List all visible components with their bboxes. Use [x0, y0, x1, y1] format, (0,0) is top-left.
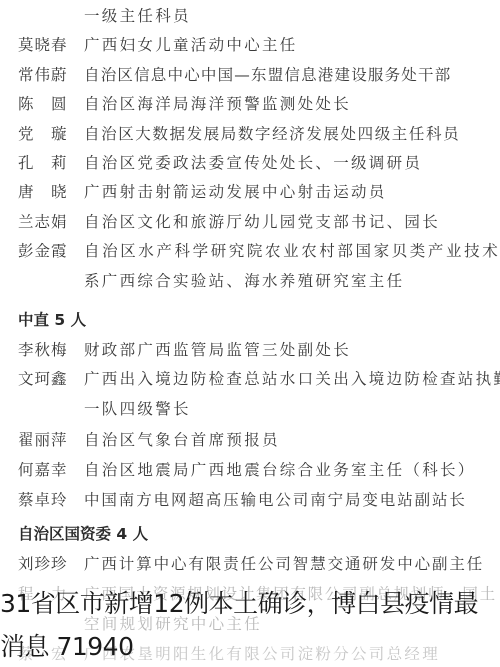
person-name: 陈 圆: [18, 92, 78, 116]
person-name: 彭金霞: [18, 239, 78, 263]
headline-line-2: 消息 71940: [0, 625, 500, 667]
person-name: 唐 晓: [18, 180, 78, 204]
headline-overlay: 31省区市新增12例本土确诊，博白县疫情最 消息 71940: [0, 582, 500, 667]
list-item: 兰志娟 自治区文化和旅游厅幼儿园党支部书记、园长: [0, 210, 500, 234]
person-position: 广西计算中心有限责任公司智慧交通研发中心副主任: [84, 552, 484, 576]
list-item: 何嘉幸 自治区地震局广西地震台综合业务室主任（科长）: [0, 458, 500, 482]
person-position: 自治区大数据发展局数字经济发展处四级主任科员: [84, 122, 460, 146]
list-item: 陈 圆 自治区海洋局海洋预警监测处处长: [0, 92, 500, 116]
person-name: 莫晓春: [18, 33, 78, 57]
list-item: 唐 晓 广西射击射箭运动发展中心射击运动员: [0, 180, 500, 204]
headline-line-1: 31省区市新增12例本土确诊，博白县疫情最: [0, 582, 500, 625]
person-name: 常伟蔚: [18, 63, 78, 87]
list-item-continuation: 系广西综合实验站、海水养殖研究室主任: [0, 269, 500, 293]
person-position: 自治区信息中心中国—东盟信息港建设服务处干部: [84, 63, 451, 87]
list-item: 文珂鑫 广西出入境边防检查总站水口关出入境边防检查站执勤: [0, 367, 500, 391]
section-heading-sasac: 自治区国资委 4 人: [18, 522, 148, 546]
list-item-continuation: 一队四级警长: [0, 397, 500, 421]
section-heading-central: 中直 5 人: [18, 308, 86, 332]
list-item: 莫晓春 广西妇女儿童活动中心主任: [0, 33, 500, 57]
person-position: 自治区气象台首席预报员: [84, 428, 280, 452]
list-item: 常伟蔚 自治区信息中心中国—东盟信息港建设服务处干部: [0, 63, 500, 87]
person-position: 自治区海洋局海洋预警监测处处长: [84, 92, 351, 116]
person-name: 蔡卓玲: [18, 488, 78, 512]
person-name: 孔 莉: [18, 151, 78, 175]
person-name: 翟丽萍: [18, 428, 78, 452]
person-position: 自治区地震局广西地震台综合业务室主任（科长）: [84, 458, 476, 482]
list-item: 李秋梅 财政部广西监管局监管三处副处长: [0, 338, 500, 362]
person-name: 兰志娟: [18, 210, 78, 234]
person-name: 文珂鑫: [18, 367, 78, 391]
continuation-line: 一级主任科员: [0, 4, 500, 28]
list-item: 孔 莉 自治区党委政法委宣传处处长、一级调研员: [0, 151, 500, 175]
person-position: 财政部广西监管局监管三处副处长: [84, 338, 351, 362]
person-name: 何嘉幸: [18, 458, 78, 482]
person-name: 刘珍珍: [18, 552, 78, 576]
person-position: 中国南方电网超高压输电公司南宁局变电站副站长: [84, 488, 467, 512]
person-position: 自治区水产科学研究院农业农村部国家贝类产业技术体: [84, 239, 500, 263]
person-name: 党 璇: [18, 122, 78, 146]
person-position: 自治区文化和旅游厅幼儿园党支部书记、园长: [84, 210, 440, 234]
person-position: 广西妇女儿童活动中心主任: [84, 33, 298, 57]
person-position: 广西射击射箭运动发展中心射击运动员: [84, 180, 387, 204]
document-page: 一级主任科员 莫晓春 广西妇女儿童活动中心主任 常伟蔚 自治区信息中心中国—东盟…: [0, 0, 500, 667]
list-item: 蔡卓玲 中国南方电网超高压输电公司南宁局变电站副站长: [0, 488, 500, 512]
person-position: 广西出入境边防检查总站水口关出入境边防检查站执勤: [84, 367, 500, 391]
list-item: 翟丽萍 自治区气象台首席预报员: [0, 428, 500, 452]
list-item: 刘珍珍 广西计算中心有限责任公司智慧交通研发中心副主任: [0, 552, 500, 576]
list-item: 彭金霞 自治区水产科学研究院农业农村部国家贝类产业技术体: [0, 239, 500, 263]
person-name: 李秋梅: [18, 338, 78, 362]
person-position: 自治区党委政法委宣传处处长、一级调研员: [84, 151, 422, 175]
list-item: 党 璇 自治区大数据发展局数字经济发展处四级主任科员: [0, 122, 500, 146]
